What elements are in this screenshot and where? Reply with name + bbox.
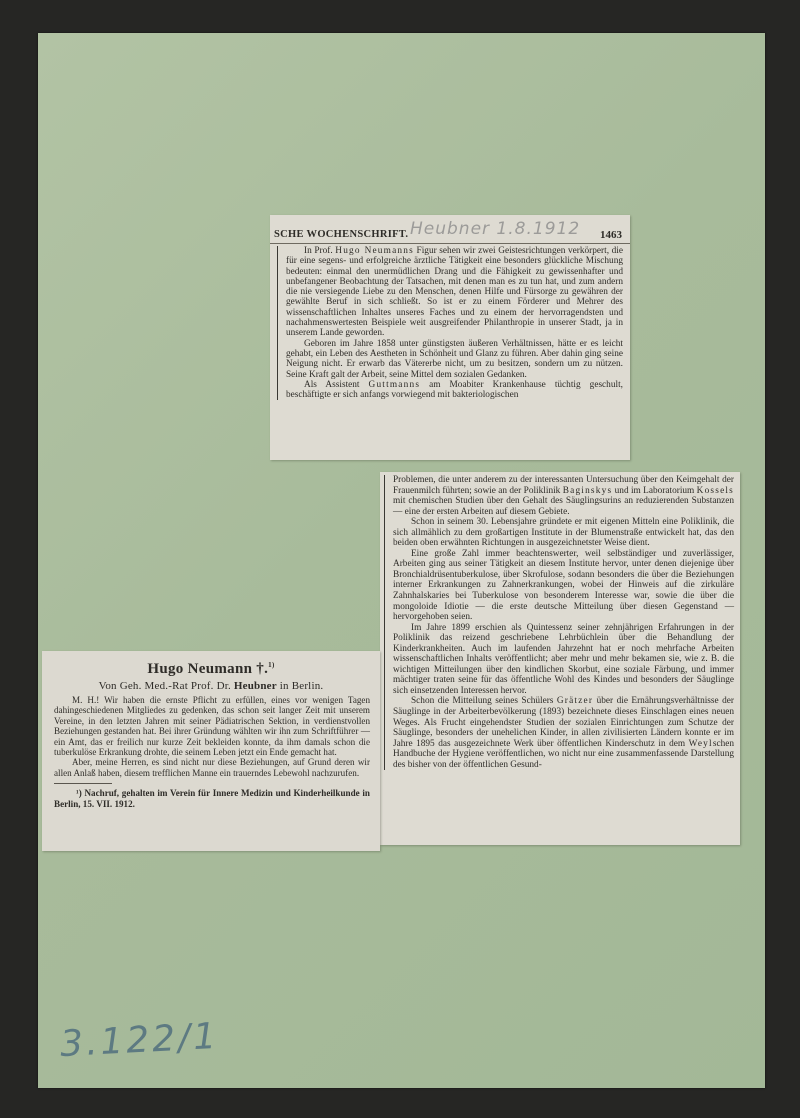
paragraph: In Prof. Hugo Neumanns Figur sehen wir z… — [286, 246, 623, 339]
author-name: Heubner — [234, 680, 277, 692]
paragraph: Geboren im Jahre 1858 unter günstigsten … — [286, 339, 623, 380]
footnote-divider — [54, 783, 112, 784]
paragraph: Im Jahre 1899 erschien als Quintessenz s… — [393, 623, 734, 697]
article-byline: Von Geh. Med.-Rat Prof. Dr. Heubner in B… — [42, 680, 380, 692]
paragraph: M. H.! Wir haben die ernste Pflicht zu e… — [54, 695, 370, 757]
paragraph: Aber, meine Herren, es sind nicht nur di… — [54, 757, 370, 778]
paragraph: Schon in seinem 30. Lebensjahre gründete… — [393, 517, 734, 549]
clipping-left: Hugo Neumann †.1) Von Geh. Med.-Rat Prof… — [42, 651, 380, 851]
archive-number: 3.122/1 — [59, 1016, 220, 1065]
handwritten-note: Heubner 1.8.1912 — [410, 219, 580, 239]
clipping-header: SCHE WOCHENSCHRIFT. Heubner 1.8.1912 146… — [270, 223, 630, 244]
paragraph: Als Assistent Guttmanns am Moabiter Kran… — [286, 380, 623, 401]
clipping-top: SCHE WOCHENSCHRIFT. Heubner 1.8.1912 146… — [270, 215, 630, 460]
paragraph: Schon die Mitteilung seines Schülers Grä… — [393, 696, 734, 770]
clipping-right-body: Problemen, die unter anderem zu der inte… — [384, 475, 734, 770]
footnote: ¹) Nachruf, gehalten im Verein für Inner… — [54, 788, 370, 809]
clipping-right: Problemen, die unter anderem zu der inte… — [380, 472, 740, 845]
clipping-top-body: In Prof. Hugo Neumanns Figur sehen wir z… — [277, 246, 623, 400]
paragraph: Eine große Zahl immer beachtenswerter, w… — [393, 549, 734, 623]
paragraph: Problemen, die unter anderem zu der inte… — [393, 475, 734, 517]
page-number: 1463 — [600, 229, 622, 241]
clipping-left-body: M. H.! Wir haben die ernste Pflicht zu e… — [54, 695, 370, 809]
article-title: Hugo Neumann †.1) — [42, 661, 380, 678]
journal-title: SCHE WOCHENSCHRIFT. — [274, 229, 408, 240]
